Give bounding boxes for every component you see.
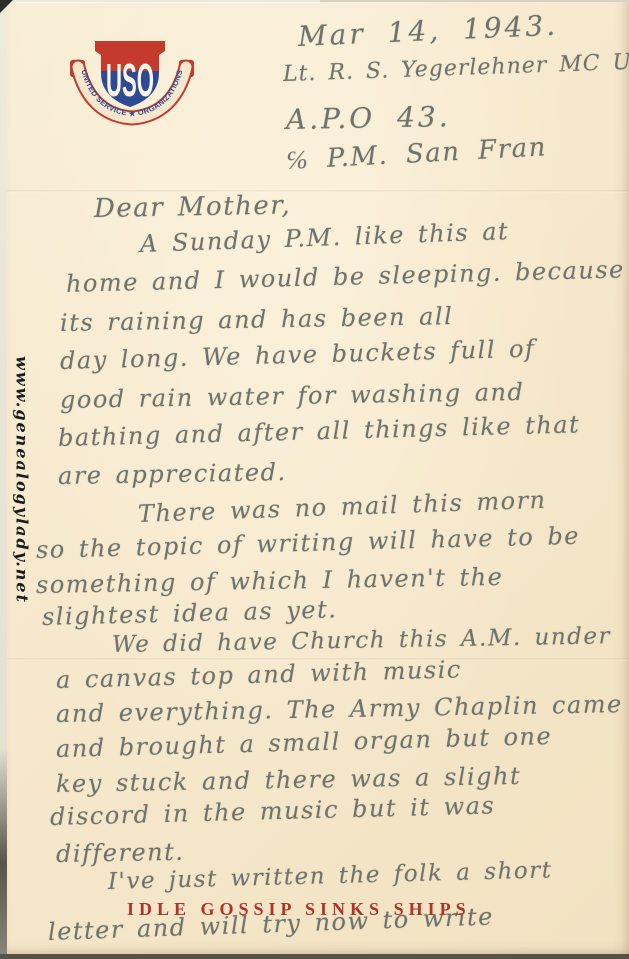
scan-edge-top <box>0 0 320 3</box>
uso-logo: USO UNITED SERVICE ★ ORGANIZATIONS <box>70 27 194 129</box>
handwritten-line: different. <box>56 838 185 868</box>
scan-edge-left <box>0 0 7 959</box>
watermark-text: www.genealogylady.net <box>13 356 32 604</box>
scanned-letter-page: USO UNITED SERVICE ★ ORGANIZATIONS www.g… <box>0 0 629 959</box>
uso-acronym-text: USO <box>106 54 154 106</box>
slogan-text: IDLE GOSSIP SINKS SHIPS <box>127 899 471 920</box>
letter-salutation: Dear Mother, <box>94 191 292 224</box>
letter-unit: A.P.O 43. <box>286 100 451 136</box>
scan-corner-mark <box>0 0 13 13</box>
scan-edge-bottom <box>0 954 629 959</box>
handwritten-line: are appreciated. <box>58 458 287 490</box>
uso-logo-icon: USO UNITED SERVICE ★ ORGANIZATIONS <box>70 27 194 129</box>
